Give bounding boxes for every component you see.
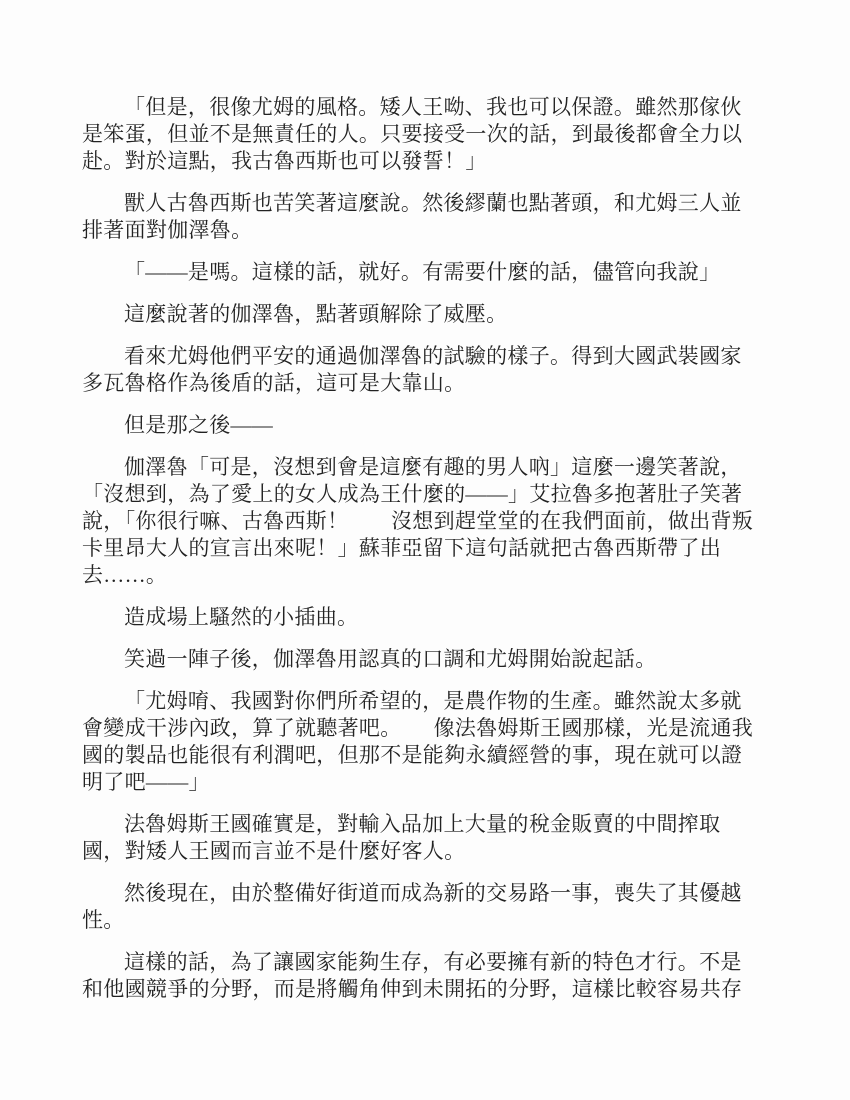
- text-line: 排著面對伽澤魯。: [82, 217, 772, 244]
- text-line: 伽澤魯「可是，沒想到會是這麼有趣的男人吶」這麼一邊笑著說，: [82, 454, 772, 481]
- paragraph: 伽澤魯「可是，沒想到會是這麼有趣的男人吶」這麼一邊笑著說，「沒想到，為了愛上的女…: [82, 454, 772, 589]
- text-line: 赴。對於這點，我古魯西斯也可以發誓！」: [82, 148, 772, 175]
- paragraph: 看來尤姆他們平安的通過伽澤魯的試驗的樣子。得到大國武裝國家多瓦魯格作為後盾的話，…: [82, 343, 772, 397]
- text-line: 國的製品也能很有利潤吧，但那不是能夠永續經營的事，現在就可以證: [82, 742, 772, 769]
- novel-text-container: 「但是，很像尤姆的風格。矮人王呦、我也可以保證。雖然那傢伙是笨蛋，但並不是無責任…: [82, 94, 772, 1018]
- paragraph: 「但是，很像尤姆的風格。矮人王呦、我也可以保證。雖然那傢伙是笨蛋，但並不是無責任…: [82, 94, 772, 175]
- text-line: 明了吧——」: [82, 769, 772, 796]
- text-line: 「尤姆唷、我國對你們所希望的，是農作物的生產。雖然說太多就: [82, 688, 772, 715]
- text-line: 國，對矮人王國而言並不是什麼好客人。: [82, 838, 772, 865]
- paragraph: 但是那之後——: [82, 412, 772, 439]
- text-line: 性。: [82, 907, 772, 934]
- text-line: 說，「你很行嘛、古魯西斯！ 沒想到趕堂堂的在我們面前，做出背叛: [82, 508, 772, 535]
- text-line: 法魯姆斯王國確實是，對輸入品加上大量的稅金販賣的中間搾取: [82, 811, 772, 838]
- paragraph: 「尤姆唷、我國對你們所希望的，是農作物的生產。雖然說太多就會變成干涉內政，算了就…: [82, 688, 772, 796]
- text-line: 會變成干涉內政，算了就聽著吧。 像法魯姆斯王國那樣，光是流通我: [82, 715, 772, 742]
- text-line: 「沒想到，為了愛上的女人成為王什麼的——」艾拉魯多抱著肚子笑著: [82, 481, 772, 508]
- paragraph: 然後現在，由於整備好街道而成為新的交易路一事，喪失了其優越性。: [82, 880, 772, 934]
- text-line: 造成場上騷然的小插曲。: [82, 604, 772, 631]
- text-line: 這樣的話，為了讓國家能夠生存，有必要擁有新的特色才行。不是: [82, 949, 772, 976]
- paragraph: 這麼說著的伽澤魯，點著頭解除了威壓。: [82, 301, 772, 328]
- text-line: 是笨蛋，但並不是無責任的人。只要接受一次的話，到最後都會全力以: [82, 121, 772, 148]
- paragraph: 「——是嗎。這樣的話，就好。有需要什麼的話，儘管向我說」: [82, 259, 772, 286]
- text-line: 卡里昂大人的宣言出來呢！」蘇菲亞留下這句話就把古魯西斯帶了出: [82, 535, 772, 562]
- text-line: 多瓦魯格作為後盾的話，這可是大靠山。: [82, 370, 772, 397]
- text-line: 「但是，很像尤姆的風格。矮人王呦、我也可以保證。雖然那傢伙: [82, 94, 772, 121]
- text-line: 然後現在，由於整備好街道而成為新的交易路一事，喪失了其優越: [82, 880, 772, 907]
- text-line: 笑過一陣子後，伽澤魯用認真的口調和尤姆開始說起話。: [82, 646, 772, 673]
- text-line: 這麼說著的伽澤魯，點著頭解除了威壓。: [82, 301, 772, 328]
- text-line: 去……。: [82, 562, 772, 589]
- paragraph: 造成場上騷然的小插曲。: [82, 604, 772, 631]
- document-page: 「但是，很像尤姆的風格。矮人王呦、我也可以保證。雖然那傢伙是笨蛋，但並不是無責任…: [0, 0, 850, 1100]
- text-line: 「——是嗎。這樣的話，就好。有需要什麼的話，儘管向我說」: [82, 259, 772, 286]
- text-line: 但是那之後——: [82, 412, 772, 439]
- text-line: 獸人古魯西斯也苦笑著這麼說。然後繆蘭也點著頭，和尤姆三人並: [82, 190, 772, 217]
- paragraph: 笑過一陣子後，伽澤魯用認真的口調和尤姆開始說起話。: [82, 646, 772, 673]
- paragraph: 法魯姆斯王國確實是，對輸入品加上大量的稅金販賣的中間搾取國，對矮人王國而言並不是…: [82, 811, 772, 865]
- paragraph: 這樣的話，為了讓國家能夠生存，有必要擁有新的特色才行。不是和他國競爭的分野，而是…: [82, 949, 772, 1003]
- paragraph: 獸人古魯西斯也苦笑著這麼說。然後繆蘭也點著頭，和尤姆三人並排著面對伽澤魯。: [82, 190, 772, 244]
- text-line: 和他國競爭的分野，而是將觸角伸到未開拓的分野，這樣比較容易共存: [82, 976, 772, 1003]
- text-line: 看來尤姆他們平安的通過伽澤魯的試驗的樣子。得到大國武裝國家: [82, 343, 772, 370]
